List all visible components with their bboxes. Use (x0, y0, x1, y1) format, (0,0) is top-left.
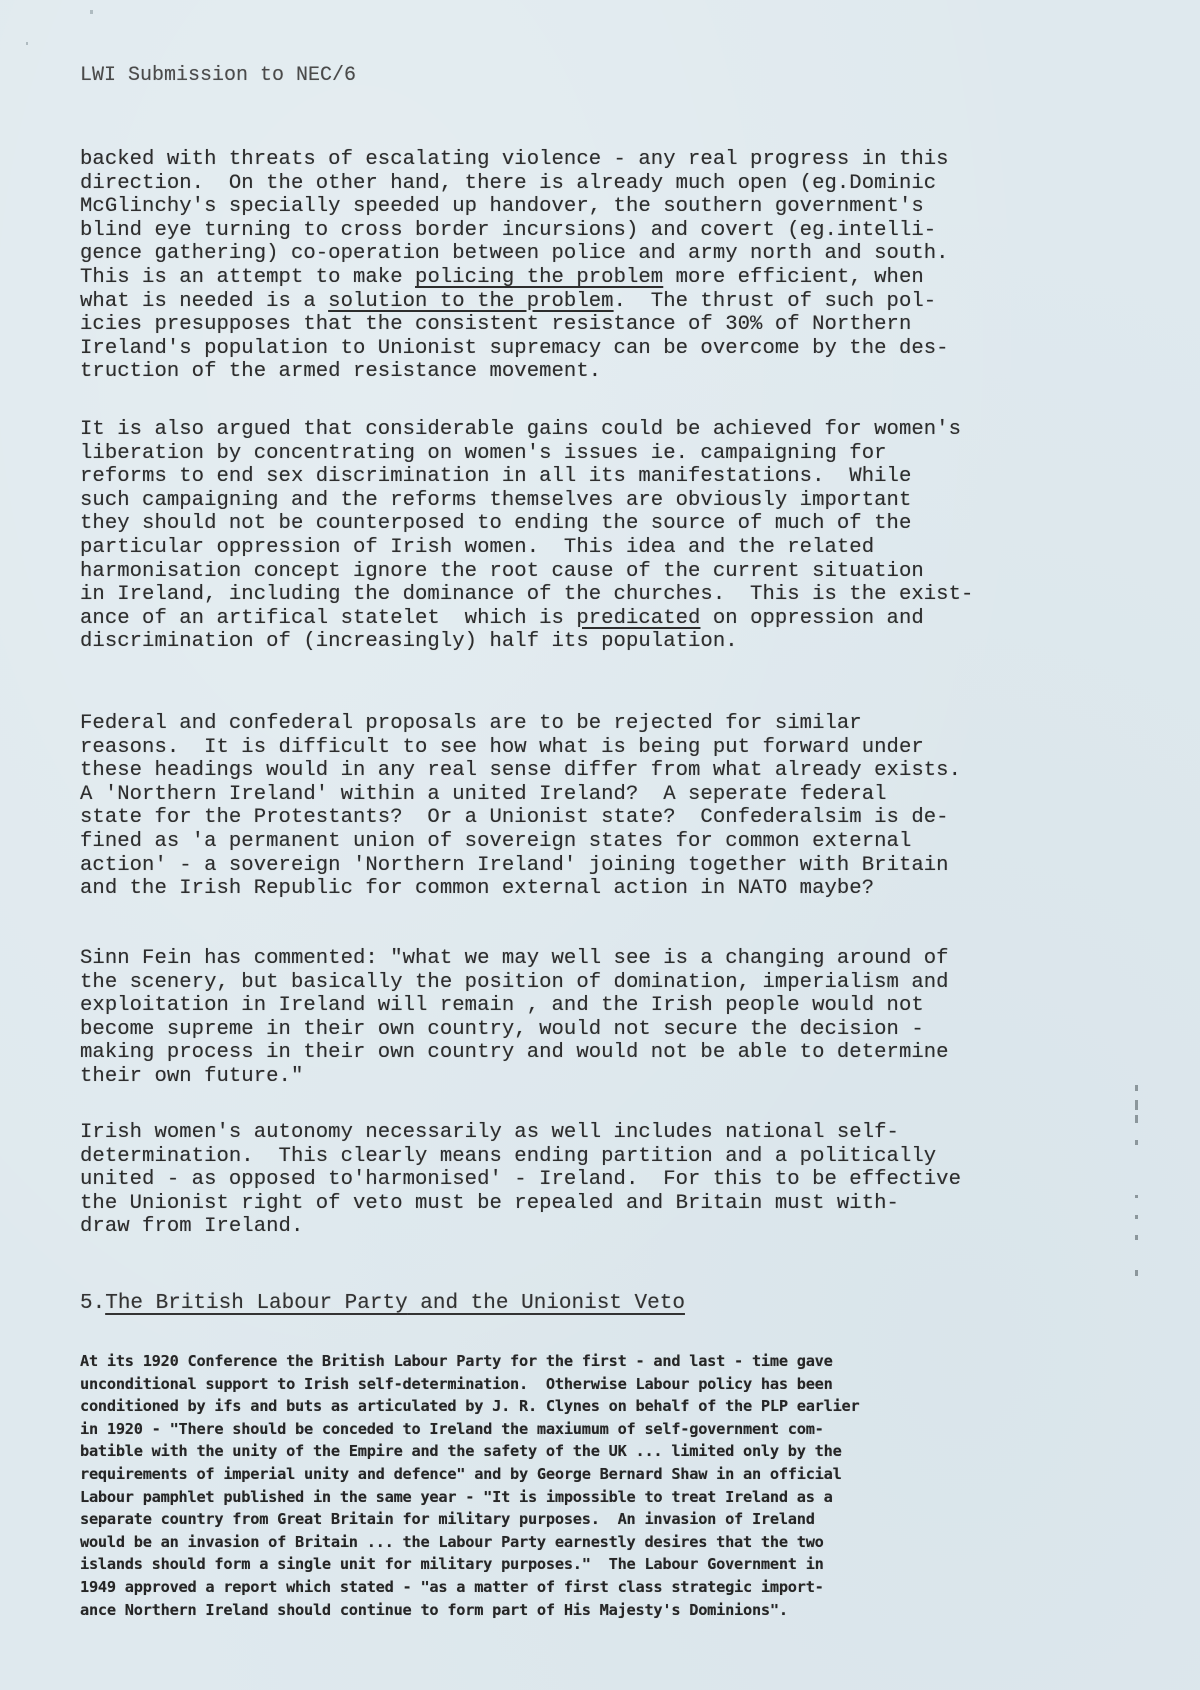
text-segment: liberation by concentrating on women's i… (80, 442, 887, 465)
section-title-part1: The British Labour Party (105, 1292, 407, 1315)
text-segment: conditioned by ifs and buts as articulat… (80, 1397, 859, 1415)
text-line: and the Irish Republic for common extern… (80, 877, 961, 901)
text-segment: particular oppression of Irish women. Th… (80, 536, 874, 559)
text-segment: ance of an artifical statelet which is (80, 607, 576, 630)
text-line: unconditional support to Irish self-dete… (80, 1373, 859, 1396)
text-line: batible with the unity of the Empire and… (80, 1440, 859, 1463)
text-segment: and the Irish Republic for common extern… (80, 877, 874, 900)
text-line: It is also argued that considerable gain… (80, 418, 973, 442)
text-segment: Ireland's population to Unionist suprema… (80, 337, 949, 360)
text-segment: requirements of imperial unity and defen… (80, 1465, 842, 1483)
text-segment: they should not be counterposed to endin… (80, 512, 911, 535)
text-segment: in Ireland, including the dominance of t… (80, 583, 973, 606)
text-line: they should not be counterposed to endin… (80, 512, 973, 536)
text-segment: harmonisation concept ignore the root ca… (80, 560, 924, 583)
text-segment: islands should form a single unit for mi… (80, 1555, 824, 1573)
text-segment: the Unionist right of veto must be repea… (80, 1192, 899, 1215)
text-segment: batible with the unity of the Empire and… (80, 1442, 842, 1460)
text-line: Ireland's population to Unionist suprema… (80, 337, 949, 361)
text-line: discrimination of (increasingly) half it… (80, 630, 973, 654)
text-line: harmonisation concept ignore the root ca… (80, 560, 973, 584)
text-segment: blind eye turning to cross border incurs… (80, 219, 936, 242)
text-segment: would be an invasion of Britain ... the … (80, 1533, 824, 1551)
text-segment: icies presupposes that the consistent re… (80, 313, 911, 336)
text-segment: reforms to end sex discrimination in all… (80, 465, 911, 488)
text-line: liberation by concentrating on women's i… (80, 442, 973, 466)
text-line: action' - a sovereign 'Northern Ireland'… (80, 854, 961, 878)
text-segment: action' - a sovereign 'Northern Ireland'… (80, 854, 949, 877)
text-line: their own future." (80, 1065, 949, 1089)
text-line: in 1920 - "There should be conceded to I… (80, 1418, 859, 1441)
text-segment: ance Northern Ireland should continue to… (80, 1601, 788, 1619)
section-paragraph: At its 1920 Conference the British Labou… (80, 1350, 859, 1621)
text-segment: in 1920 - "There should be conceded to I… (80, 1420, 824, 1438)
text-line: separate country from Great Britain for … (80, 1508, 859, 1531)
text-segment: gence gathering) co-operation between po… (80, 242, 949, 265)
text-line: the scenery, but basically the position … (80, 971, 949, 995)
text-line: particular oppression of Irish women. Th… (80, 536, 973, 560)
underlined-phrase: policing the problem (415, 266, 663, 289)
text-line: Irish women's autonomy necessarily as we… (80, 1121, 961, 1145)
text-line: 1949 approved a report which stated - "a… (80, 1576, 859, 1599)
text-segment: such campaigning and the reforms themsel… (80, 489, 911, 512)
text-line: determination. This clearly means ending… (80, 1145, 961, 1169)
text-line: At its 1920 Conference the British Labou… (80, 1350, 859, 1373)
text-segment: separate country from Great Britain for … (80, 1510, 815, 1528)
text-line: McGlinchy's specially speeded up handove… (80, 195, 949, 219)
text-line: united - as opposed to'harmonised' - Ire… (80, 1168, 961, 1192)
text-segment: direction. On the other hand, there is a… (80, 172, 936, 195)
scanned-page: LWI Submission to NEC/6 backed with thre… (0, 0, 1200, 1690)
text-line: become supreme in their own country, wou… (80, 1018, 949, 1042)
text-segment: backed with threats of escalating violen… (80, 148, 949, 171)
section-number: 5. (80, 1292, 105, 1315)
text-line: reasons. It is difficult to see how what… (80, 736, 961, 760)
text-segment: A 'Northern Ireland' within a united Ire… (80, 783, 887, 806)
text-segment: state for the Protestants? Or a Unionist… (80, 806, 949, 829)
text-segment: more efficient, when (663, 266, 924, 289)
text-segment: . The thrust of such pol- (614, 290, 937, 313)
text-line: ance Northern Ireland should continue to… (80, 1599, 859, 1622)
text-line: exploitation in Ireland will remain , an… (80, 994, 949, 1018)
underlined-phrase: solution to the problem (328, 290, 613, 313)
text-line: such campaigning and the reforms themsel… (80, 489, 973, 513)
text-line: icies presupposes that the consistent re… (80, 313, 949, 337)
text-segment: become supreme in their own country, wou… (80, 1018, 924, 1041)
text-line: islands should form a single unit for mi… (80, 1553, 859, 1576)
text-segment: united - as opposed to'harmonised' - Ire… (80, 1168, 961, 1191)
text-segment: 1949 approved a report which stated - "a… (80, 1578, 824, 1596)
text-segment: making process in their own country and … (80, 1041, 949, 1064)
text-line: what is needed is a solution to the prob… (80, 290, 949, 314)
paragraph: Irish women's autonomy necessarily as we… (80, 1121, 961, 1239)
scan-mark (90, 10, 93, 14)
text-line: in Ireland, including the dominance of t… (80, 583, 973, 607)
text-line: these headings would in any real sense d… (80, 759, 961, 783)
text-line: would be an invasion of Britain ... the … (80, 1531, 859, 1554)
text-segment: Irish women's autonomy necessarily as we… (80, 1121, 899, 1144)
text-line: backed with threats of escalating violen… (80, 148, 949, 172)
text-line: conditioned by ifs and buts as articulat… (80, 1395, 859, 1418)
text-segment: unconditional support to Irish self-dete… (80, 1375, 833, 1393)
text-segment: determination. This clearly means ending… (80, 1145, 936, 1168)
margin-artifacts (1135, 1085, 1139, 1285)
text-segment: these headings would in any real sense d… (80, 759, 961, 782)
text-segment: Labour pamphlet published in the same ye… (80, 1488, 833, 1506)
text-line: truction of the armed resistance movemen… (80, 360, 949, 384)
text-segment: Sinn Fein has commented: "what we may we… (80, 947, 949, 970)
text-segment: This is an attempt to make (80, 266, 415, 289)
text-segment: Federal and confederal proposals are to … (80, 712, 862, 735)
text-line: draw from Ireland. (80, 1215, 961, 1239)
text-segment: exploitation in Ireland will remain , an… (80, 994, 924, 1017)
text-line: state for the Protestants? Or a Unionist… (80, 806, 961, 830)
text-segment: truction of the armed resistance movemen… (80, 360, 601, 383)
text-segment: on oppression and (700, 607, 923, 630)
text-segment: what is needed is a (80, 290, 328, 313)
text-segment: discrimination of (increasingly) half it… (80, 630, 738, 653)
text-line: fined as 'a permanent union of sovereign… (80, 830, 961, 854)
section-heading: 5.The British Labour Party and the Union… (80, 1292, 685, 1315)
text-line: blind eye turning to cross border incurs… (80, 219, 949, 243)
scan-mark (26, 42, 28, 45)
text-line: Federal and confederal proposals are to … (80, 712, 961, 736)
text-line: ance of an artifical statelet which is p… (80, 607, 973, 631)
text-line: the Unionist right of veto must be repea… (80, 1192, 961, 1216)
text-line: Labour pamphlet published in the same ye… (80, 1486, 859, 1509)
text-line: making process in their own country and … (80, 1041, 949, 1065)
text-segment: At its 1920 Conference the British Labou… (80, 1352, 833, 1370)
text-line: This is an attempt to make policing the … (80, 266, 949, 290)
paragraph: Sinn Fein has commented: "what we may we… (80, 947, 949, 1089)
text-segment: their own future." (80, 1065, 303, 1088)
text-line: Sinn Fein has commented: "what we may we… (80, 947, 949, 971)
section-title-part2: and the Unionist Veto (408, 1292, 685, 1315)
text-segment: It is also argued that considerable gain… (80, 418, 961, 441)
paragraph: It is also argued that considerable gain… (80, 418, 973, 654)
text-line: A 'Northern Ireland' within a united Ire… (80, 783, 961, 807)
text-segment: McGlinchy's specially speeded up handove… (80, 195, 924, 218)
text-line: requirements of imperial unity and defen… (80, 1463, 859, 1486)
paragraph: backed with threats of escalating violen… (80, 148, 949, 384)
paragraph: Federal and confederal proposals are to … (80, 712, 961, 901)
text-line: gence gathering) co-operation between po… (80, 242, 949, 266)
text-line: direction. On the other hand, there is a… (80, 172, 949, 196)
text-line: reforms to end sex discrimination in all… (80, 465, 973, 489)
text-segment: fined as 'a permanent union of sovereign… (80, 830, 911, 853)
text-segment: draw from Ireland. (80, 1215, 303, 1238)
document-header: LWI Submission to NEC/6 (80, 64, 356, 87)
text-segment: reasons. It is difficult to see how what… (80, 736, 924, 759)
underlined-phrase: predicated (576, 607, 700, 630)
text-segment: the scenery, but basically the position … (80, 971, 949, 994)
